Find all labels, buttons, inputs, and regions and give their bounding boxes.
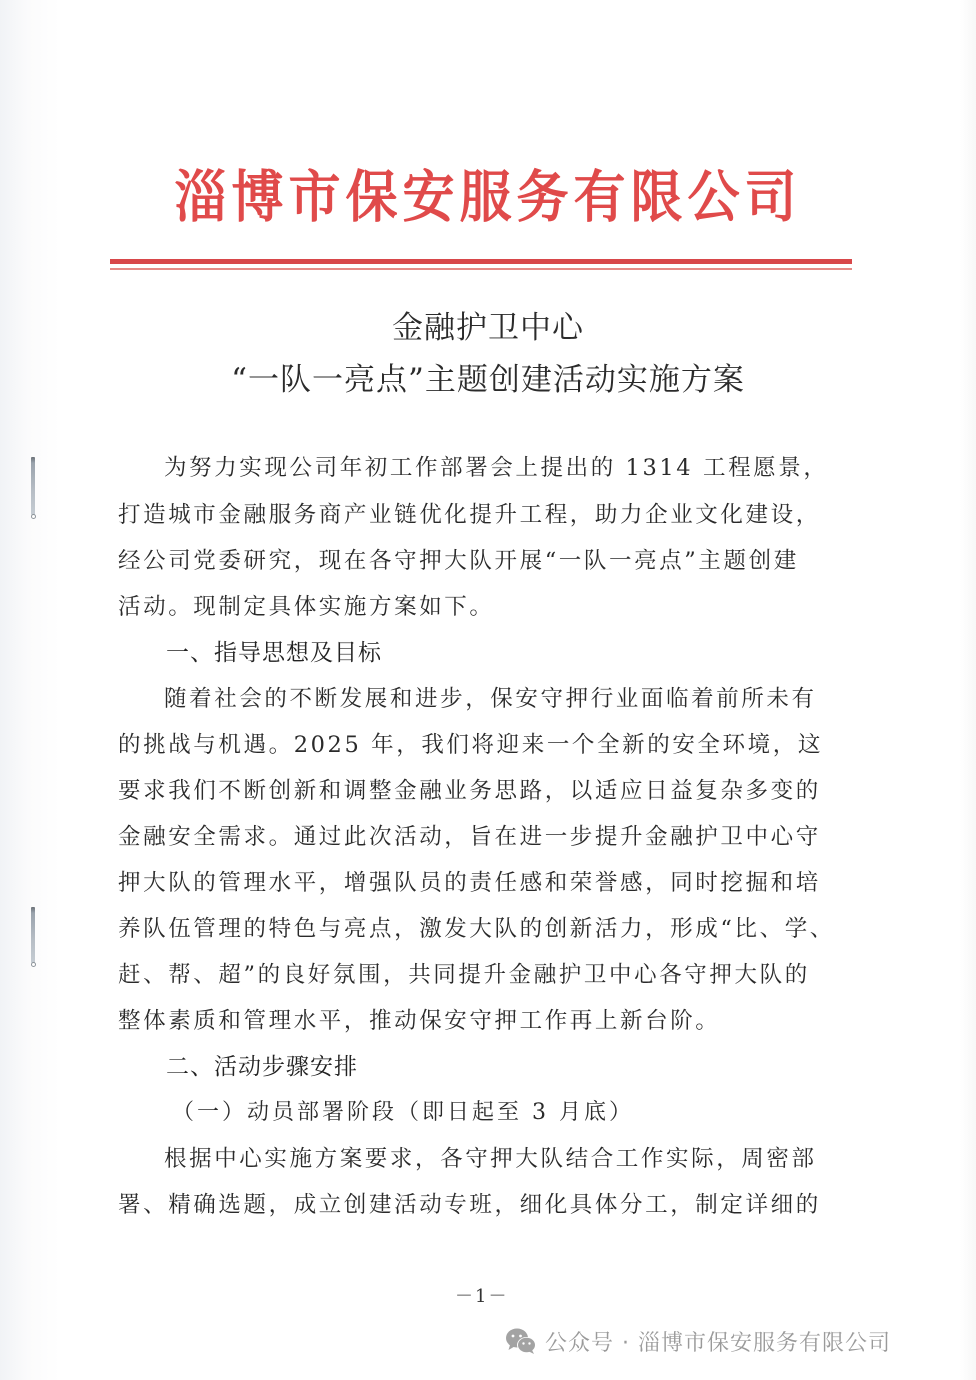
intro-line: 为努力实现公司年初工作部署会上提出的 1314 工程愿景，: [164, 453, 889, 483]
section2-line: 署、精确选题，成立创建活动专班，细化具体分工，制定详细的: [118, 1190, 843, 1220]
section1-line: 的挑战与机遇。2025 年，我们将迎来一个全新的安全环境，这: [118, 730, 843, 760]
section1-line: 随着社会的不断发展和进步，保安守押行业面临着前所未有: [164, 684, 889, 714]
staple-mark-top: [31, 457, 35, 515]
section1-line: 赶、帮、超”的良好氛围，共同提升金融护卫中心各守押大队的: [118, 960, 843, 990]
section1-line: 押大队的管理水平，增强队员的责任感和荣誉感，同时挖掘和培: [118, 868, 843, 898]
section2-line: 根据中心实施方案要求，各守押大队结合工作实际，周密部: [164, 1144, 889, 1174]
scanned-document-page: 淄博市保安服务有限公司 金融护卫中心 “一队一亮点”主题创建活动实施方案 为努力…: [0, 0, 976, 1380]
section1-line: 整体素质和管理水平，推动保安守押工作再上新台阶。: [118, 1006, 843, 1036]
page-number: －1－: [455, 1282, 508, 1308]
section1-line: 金融安全需求。通过此次活动，旨在进一步提升金融护卫中心守: [118, 822, 843, 852]
document-title-line-1: 金融护卫中心: [0, 308, 976, 348]
watermark-text: 公众号 · 淄博市保安服务有限公司: [545, 1326, 891, 1357]
wechat-icon: [505, 1327, 537, 1355]
wechat-watermark: 公众号 · 淄博市保安服务有限公司: [505, 1323, 891, 1359]
section-heading-2: 二、活动步骤安排: [166, 1052, 358, 1082]
intro-line: 经公司党委研究，现在各守押大队开展“一队一亮点”主题创建: [118, 546, 843, 576]
section1-line: 养队伍管理的特色与亮点，激发大队的创新活力，形成“比、学、: [118, 914, 843, 944]
letterhead-company-name: 淄博市保安服务有限公司: [0, 163, 976, 232]
intro-line: 打造城市金融服务商产业链优化提升工程，助力企业文化建设，: [118, 500, 843, 530]
intro-line: 活动。现制定具体实施方案如下。: [118, 592, 843, 622]
document-title-line-2: “一队一亮点”主题创建活动实施方案: [0, 360, 976, 400]
staple-mark-bottom: [31, 907, 35, 963]
subsection-heading-1: （一）动员部署阶段（即日起至 3 月底）: [172, 1098, 634, 1128]
letterhead-red-rule-thin: [110, 268, 852, 270]
letterhead-red-rule-thick: [110, 259, 852, 264]
section-heading-1: 一、指导思想及目标: [166, 638, 382, 668]
section1-line: 要求我们不断创新和调整金融业务思路，以适应日益复杂多变的: [118, 776, 843, 806]
